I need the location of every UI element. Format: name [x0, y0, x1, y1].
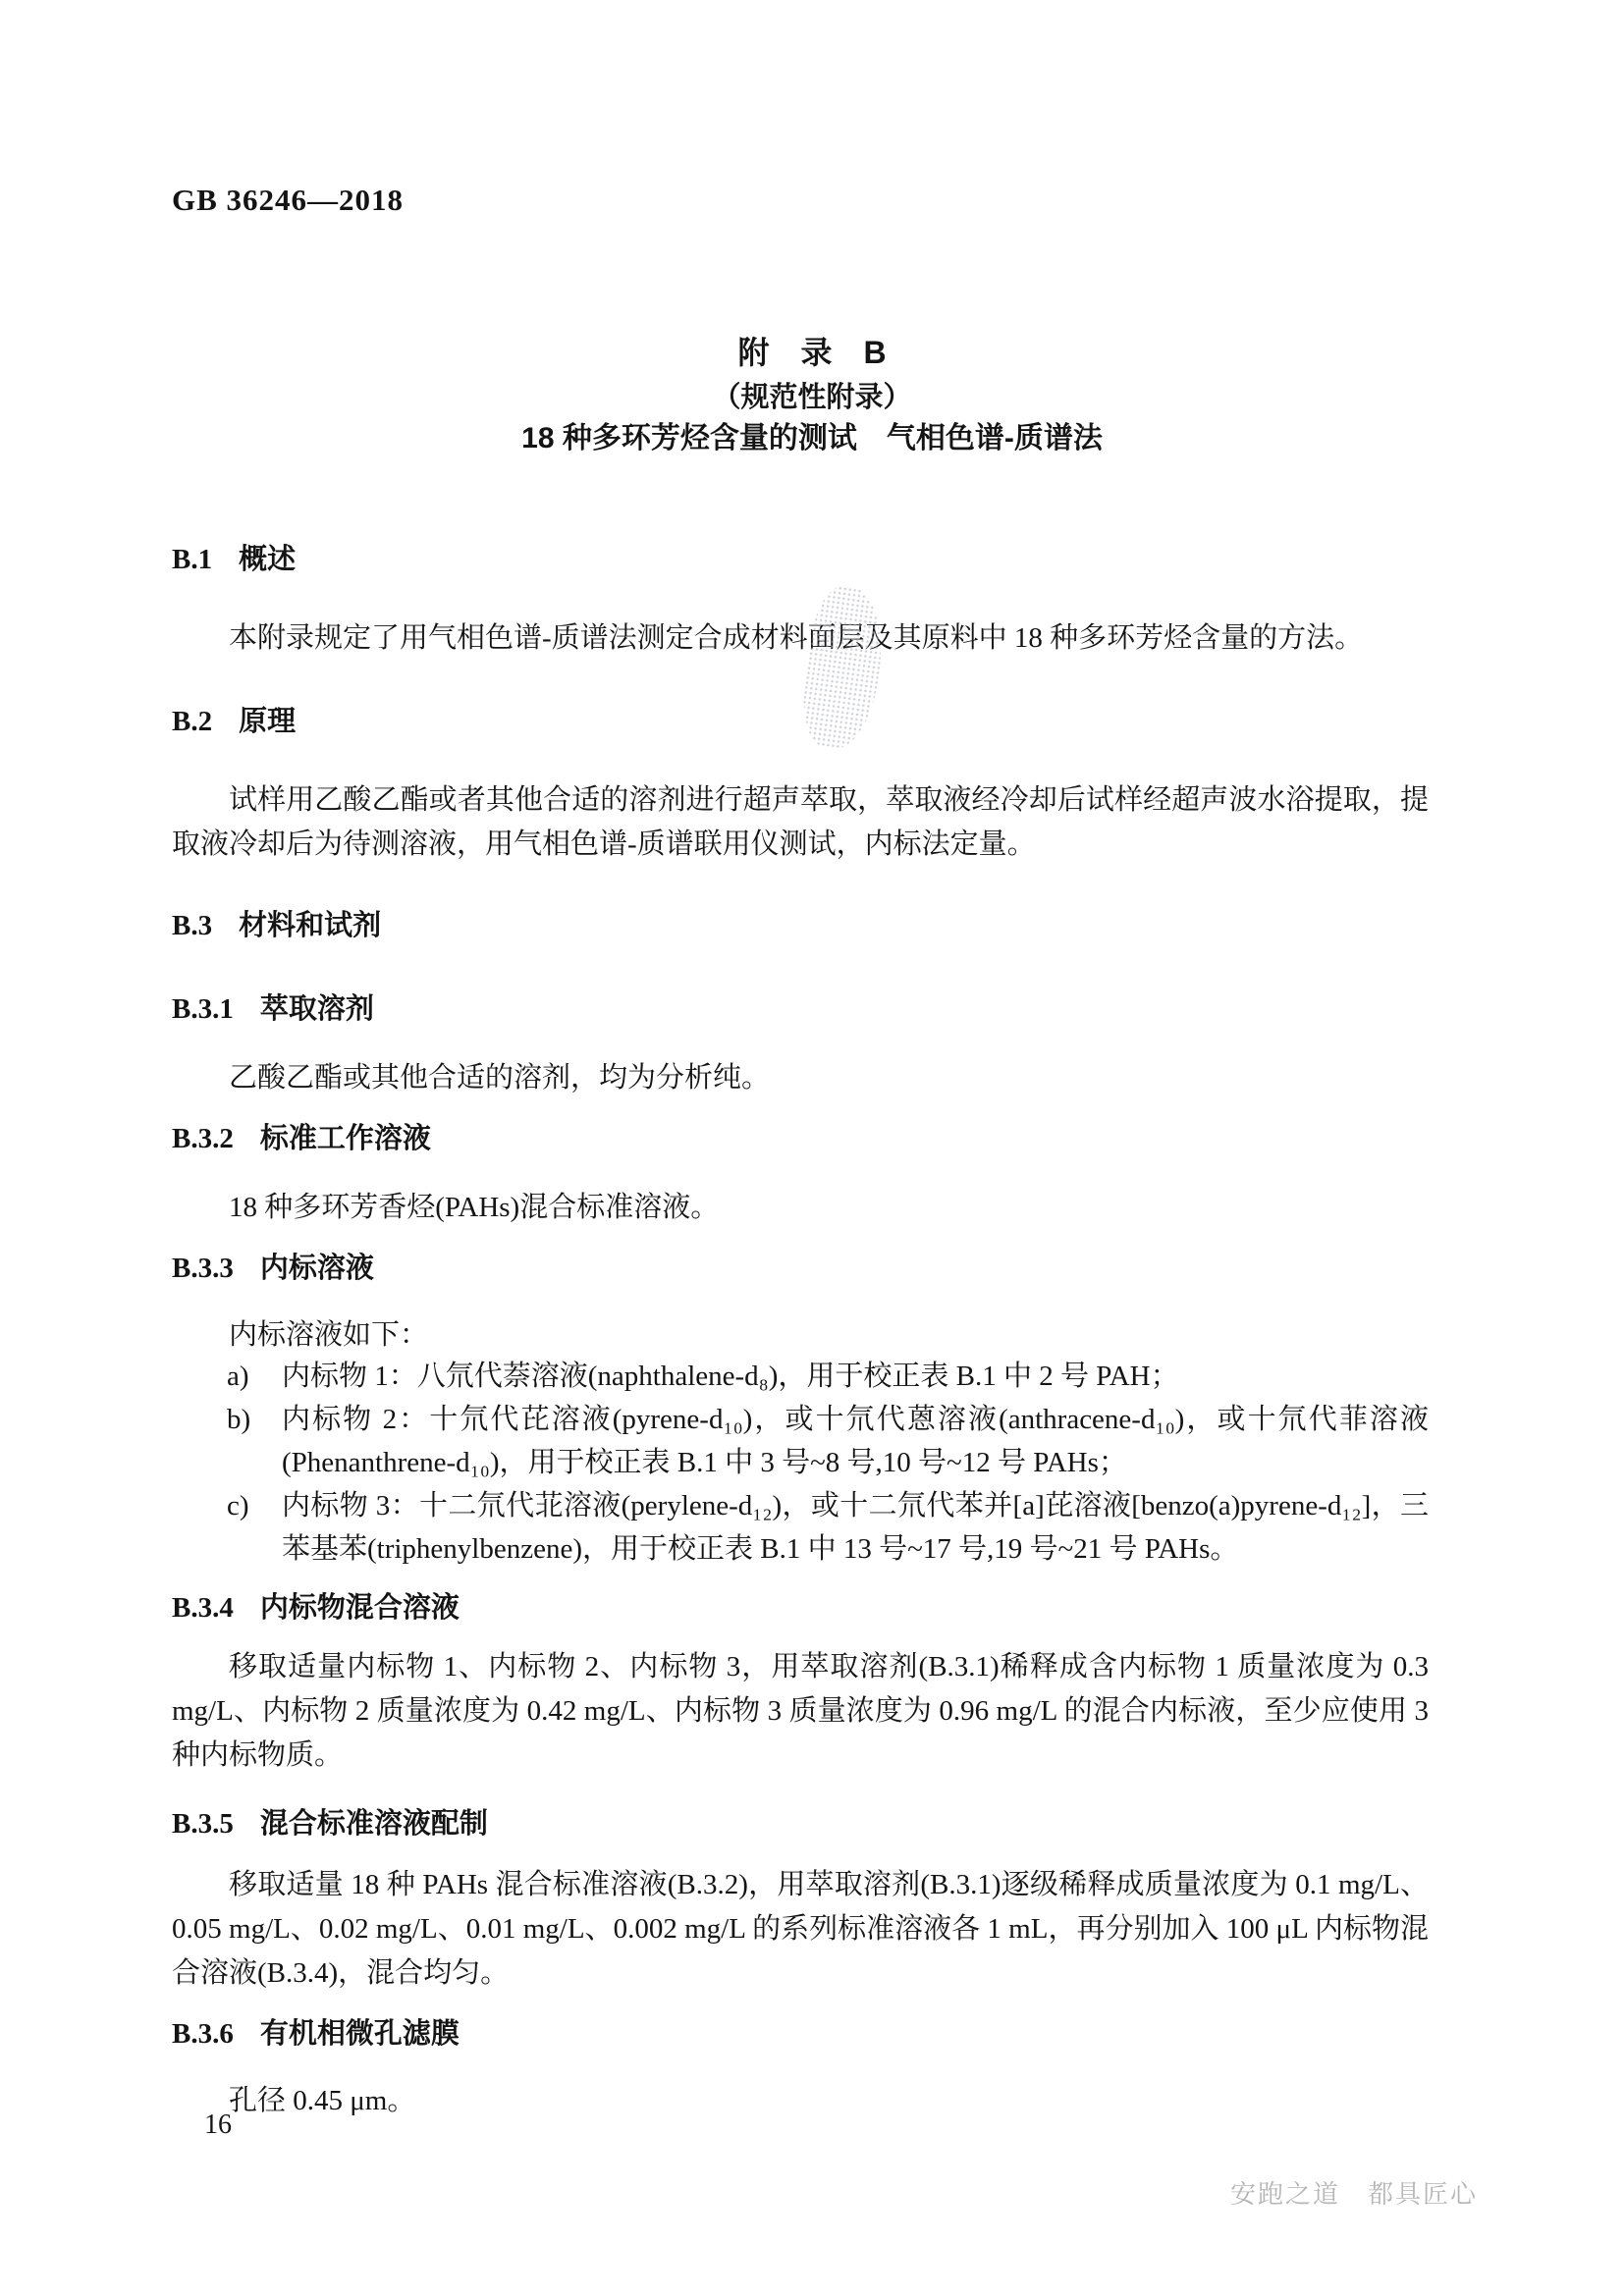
section-title: 内标物混合溶液 [260, 1592, 460, 1624]
list-item: a) 内标物 1：八氘代萘溶液(naphthalene-d₈)，用于校正表 B.… [227, 1355, 1429, 1398]
list-item-text: 内标物 2：十氘代芘溶液(pyrene-d₁₀)，或十氘代蒽溶液(anthrac… [282, 1398, 1429, 1484]
section-title: 概述 [239, 544, 296, 575]
list-item: c) 内标物 3：十二氘代苝溶液(perylene-d₁₂)，或十二氘代苯并[a… [227, 1484, 1429, 1571]
section-number: B.3.2 [172, 1123, 234, 1154]
list-item: b) 内标物 2：十氘代芘溶液(pyrene-d₁₀)，或十氘代蒽溶液(anth… [227, 1398, 1429, 1484]
appendix-title: 附 录 B [0, 334, 1624, 371]
section-title: 有机相微孔滤膜 [260, 2018, 460, 2050]
section-title: 萃取溶剂 [260, 993, 374, 1025]
paragraph: 试样用乙酸乙酯或者其他合适的溶剂进行超声萃取，萃取液经冷却后试样经超声波水浴提取… [172, 778, 1429, 867]
section-number: B.3.3 [172, 1253, 234, 1284]
appendix-subject: 18 种多环芳烃含量的测试 气相色谱-质谱法 [0, 420, 1624, 457]
watermark-text: 安跑之道 都具匠心 [1230, 2179, 1478, 2211]
paragraph: 移取适量 18 种 PAHs 混合标准溶液(B.3.2)，用萃取溶剂(B.3.1… [172, 1863, 1429, 1996]
section-title: 标准工作溶液 [260, 1123, 431, 1154]
section-heading-b36: B.3.6有机相微孔滤膜 [172, 2016, 1429, 2052]
list-item-label: c) [227, 1484, 282, 1527]
section-heading-b2: B.2原理 [172, 704, 1429, 739]
section-title: 原理 [239, 706, 296, 737]
section-title: 混合标准溶液配制 [260, 1808, 488, 1840]
section-number: B.3.5 [172, 1808, 234, 1840]
section-heading-b34: B.3.4内标物混合溶液 [172, 1590, 1429, 1626]
list-intro: 内标溶液如下： [172, 1313, 1429, 1358]
paragraph: 移取适量内标物 1、内标物 2、内标物 3，用萃取溶剂(B.3.1)稀释成含内标… [172, 1645, 1429, 1778]
section-heading-b1: B.1概述 [172, 542, 1429, 577]
section-title: 内标溶液 [260, 1253, 374, 1284]
section-number: B.3.4 [172, 1592, 234, 1624]
section-number: B.2 [172, 706, 212, 737]
paragraph: 本附录规定了用气相色谱-质谱法测定合成材料面层及其原料中 18 种多环芳烃含量的… [172, 616, 1429, 661]
section-heading-b32: B.3.2标准工作溶液 [172, 1121, 1429, 1156]
section-heading-b33: B.3.3内标溶液 [172, 1251, 1429, 1286]
internal-standard-list: a) 内标物 1：八氘代萘溶液(naphthalene-d₈)，用于校正表 B.… [227, 1355, 1429, 1571]
section-title: 材料和试剂 [239, 910, 381, 941]
section-number: B.3.6 [172, 2018, 234, 2050]
appendix-type: （规范性附录） [0, 380, 1624, 415]
doc-code: GB 36246—2018 [172, 183, 404, 218]
section-heading-b35: B.3.5混合标准溶液配制 [172, 1806, 1429, 1842]
paragraph: 乙酸乙酯或其他合适的溶剂，均为分析纯。 [172, 1056, 1429, 1100]
page-number: 16 [204, 2109, 232, 2142]
list-item-label: b) [227, 1398, 282, 1441]
document-page: GB 36246—2018 附 录 B （规范性附录） 18 种多环芳烃含量的测… [0, 0, 1624, 2296]
list-item-text: 内标物 3：十二氘代苝溶液(perylene-d₁₂)，或十二氘代苯并[a]芘溶… [282, 1484, 1429, 1571]
section-number: B.1 [172, 544, 212, 575]
section-number: B.3 [172, 910, 212, 941]
paragraph: 18 种多环芳香烃(PAHs)混合标准溶液。 [172, 1186, 1429, 1230]
section-number: B.3.1 [172, 993, 234, 1025]
section-heading-b3: B.3材料和试剂 [172, 908, 1429, 943]
section-heading-b31: B.3.1萃取溶剂 [172, 991, 1429, 1027]
paragraph: 孔径 0.45 μm。 [172, 2079, 1429, 2123]
list-item-label: a) [227, 1355, 282, 1398]
list-item-text: 内标物 1：八氘代萘溶液(naphthalene-d₈)，用于校正表 B.1 中… [282, 1355, 1429, 1398]
